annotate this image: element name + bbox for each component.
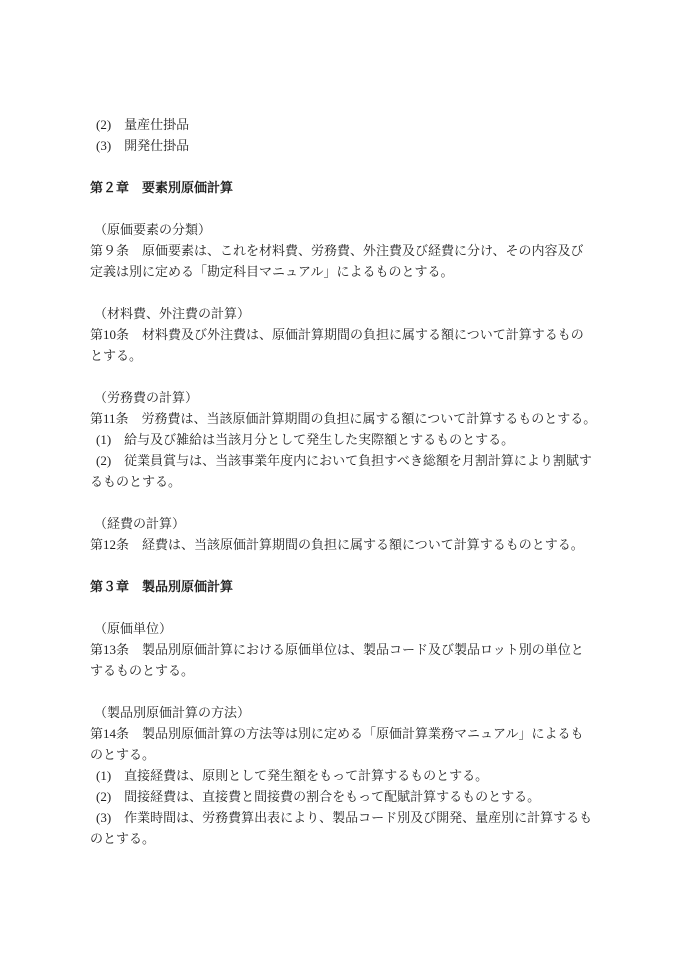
spacer — [90, 366, 596, 387]
article-9-text-line-2: 定義は別に定める「勘定科目マニュアル」によるものとする。 — [90, 261, 596, 282]
article-14-item-1: (1) 直接経費は、原則として発生額をもって計算するものとする。 — [90, 765, 596, 786]
article-11-section: （労務費の計算） 第11条 労務費は、当該原価計算期間の負担に属する額について計… — [90, 387, 596, 492]
article-12-section: （経費の計算） 第12条 経費は、当該原価計算期間の負担に属する額について計算す… — [90, 513, 596, 555]
article-14-text-line-1: 第14条 製品別原価計算の方法等は別に定める「原価計算業務マニュアル」によるも — [90, 723, 596, 744]
article-9-label: （原価要素の分類） — [90, 219, 596, 240]
spacer — [90, 492, 596, 513]
article-11-label: （労務費の計算） — [90, 387, 596, 408]
article-13-text-line-2: するものとする。 — [90, 660, 596, 681]
article-11-item-1: (1) 給与及び雑給は当該月分として発生した実際額とするものとする。 — [90, 429, 596, 450]
spacer — [90, 555, 596, 576]
spacer — [90, 597, 596, 618]
article-10-text-line-2: とする。 — [90, 345, 596, 366]
article-14-text-line-2: のとする。 — [90, 744, 596, 765]
article-14-item-2: (2) 間接経費は、直接費と間接費の割合をもって配賦計算するものとする。 — [90, 786, 596, 807]
article-14-section: （製品別原価計算の方法） 第14条 製品別原価計算の方法等は別に定める「原価計算… — [90, 702, 596, 849]
article-13-section: （原価単位） 第13条 製品別原価計算における原価単位は、製品コード及び製品ロッ… — [90, 618, 596, 681]
article-9-text-line-1: 第９条 原価要素は、これを材料費、労務費、外注費及び経費に分け、その内容及び — [90, 240, 596, 261]
article-12-label: （経費の計算） — [90, 513, 596, 534]
article-14-item-3: (3) 作業時間は、労務費算出表により、製品コード別及び開発、量産別に計算するも — [90, 807, 596, 828]
chapter-3-heading: 第３章 製品別原価計算 — [90, 576, 596, 597]
spacer — [90, 198, 596, 219]
article-10-text-line-1: 第10条 材料費及び外注費は、原価計算期間の負担に属する額について計算するもの — [90, 324, 596, 345]
article-11-item-2-continuation: るものとする。 — [90, 471, 596, 492]
article-11-text-line-1: 第11条 労務費は、当該原価計算期間の負担に属する額について計算するものとする。 — [90, 408, 596, 429]
list-item-development-wip: (3) 開発仕掛品 — [90, 135, 596, 156]
article-14-item-3-continuation: のとする。 — [90, 828, 596, 849]
article-13-text-line-1: 第13条 製品別原価計算における原価単位は、製品コード及び製品ロット別の単位と — [90, 639, 596, 660]
article-13-label: （原価単位） — [90, 618, 596, 639]
article-11-item-2: (2) 従業員賞与は、当該事業年度内において負担すべき総額を月割計算により割賦す — [90, 450, 596, 471]
article-12-text-line-1: 第12条 経費は、当該原価計算期間の負担に属する額について計算するものとする。 — [90, 534, 596, 555]
spacer — [90, 681, 596, 702]
document-page: (2) 量産仕掛品 (3) 開発仕掛品 第２章 要素別原価計算 （原価要素の分類… — [0, 0, 680, 962]
article-10-label: （材料費、外注費の計算） — [90, 303, 596, 324]
article-10-section: （材料費、外注費の計算） 第10条 材料費及び外注費は、原価計算期間の負担に属す… — [90, 303, 596, 366]
spacer — [90, 282, 596, 303]
carryover-list: (2) 量産仕掛品 (3) 開発仕掛品 — [90, 114, 596, 156]
spacer — [90, 156, 596, 177]
list-item-mass-production-wip: (2) 量産仕掛品 — [90, 114, 596, 135]
article-9-section: （原価要素の分類） 第９条 原価要素は、これを材料費、労務費、外注費及び経費に分… — [90, 219, 596, 282]
chapter-2-heading: 第２章 要素別原価計算 — [90, 177, 596, 198]
article-14-label: （製品別原価計算の方法） — [90, 702, 596, 723]
